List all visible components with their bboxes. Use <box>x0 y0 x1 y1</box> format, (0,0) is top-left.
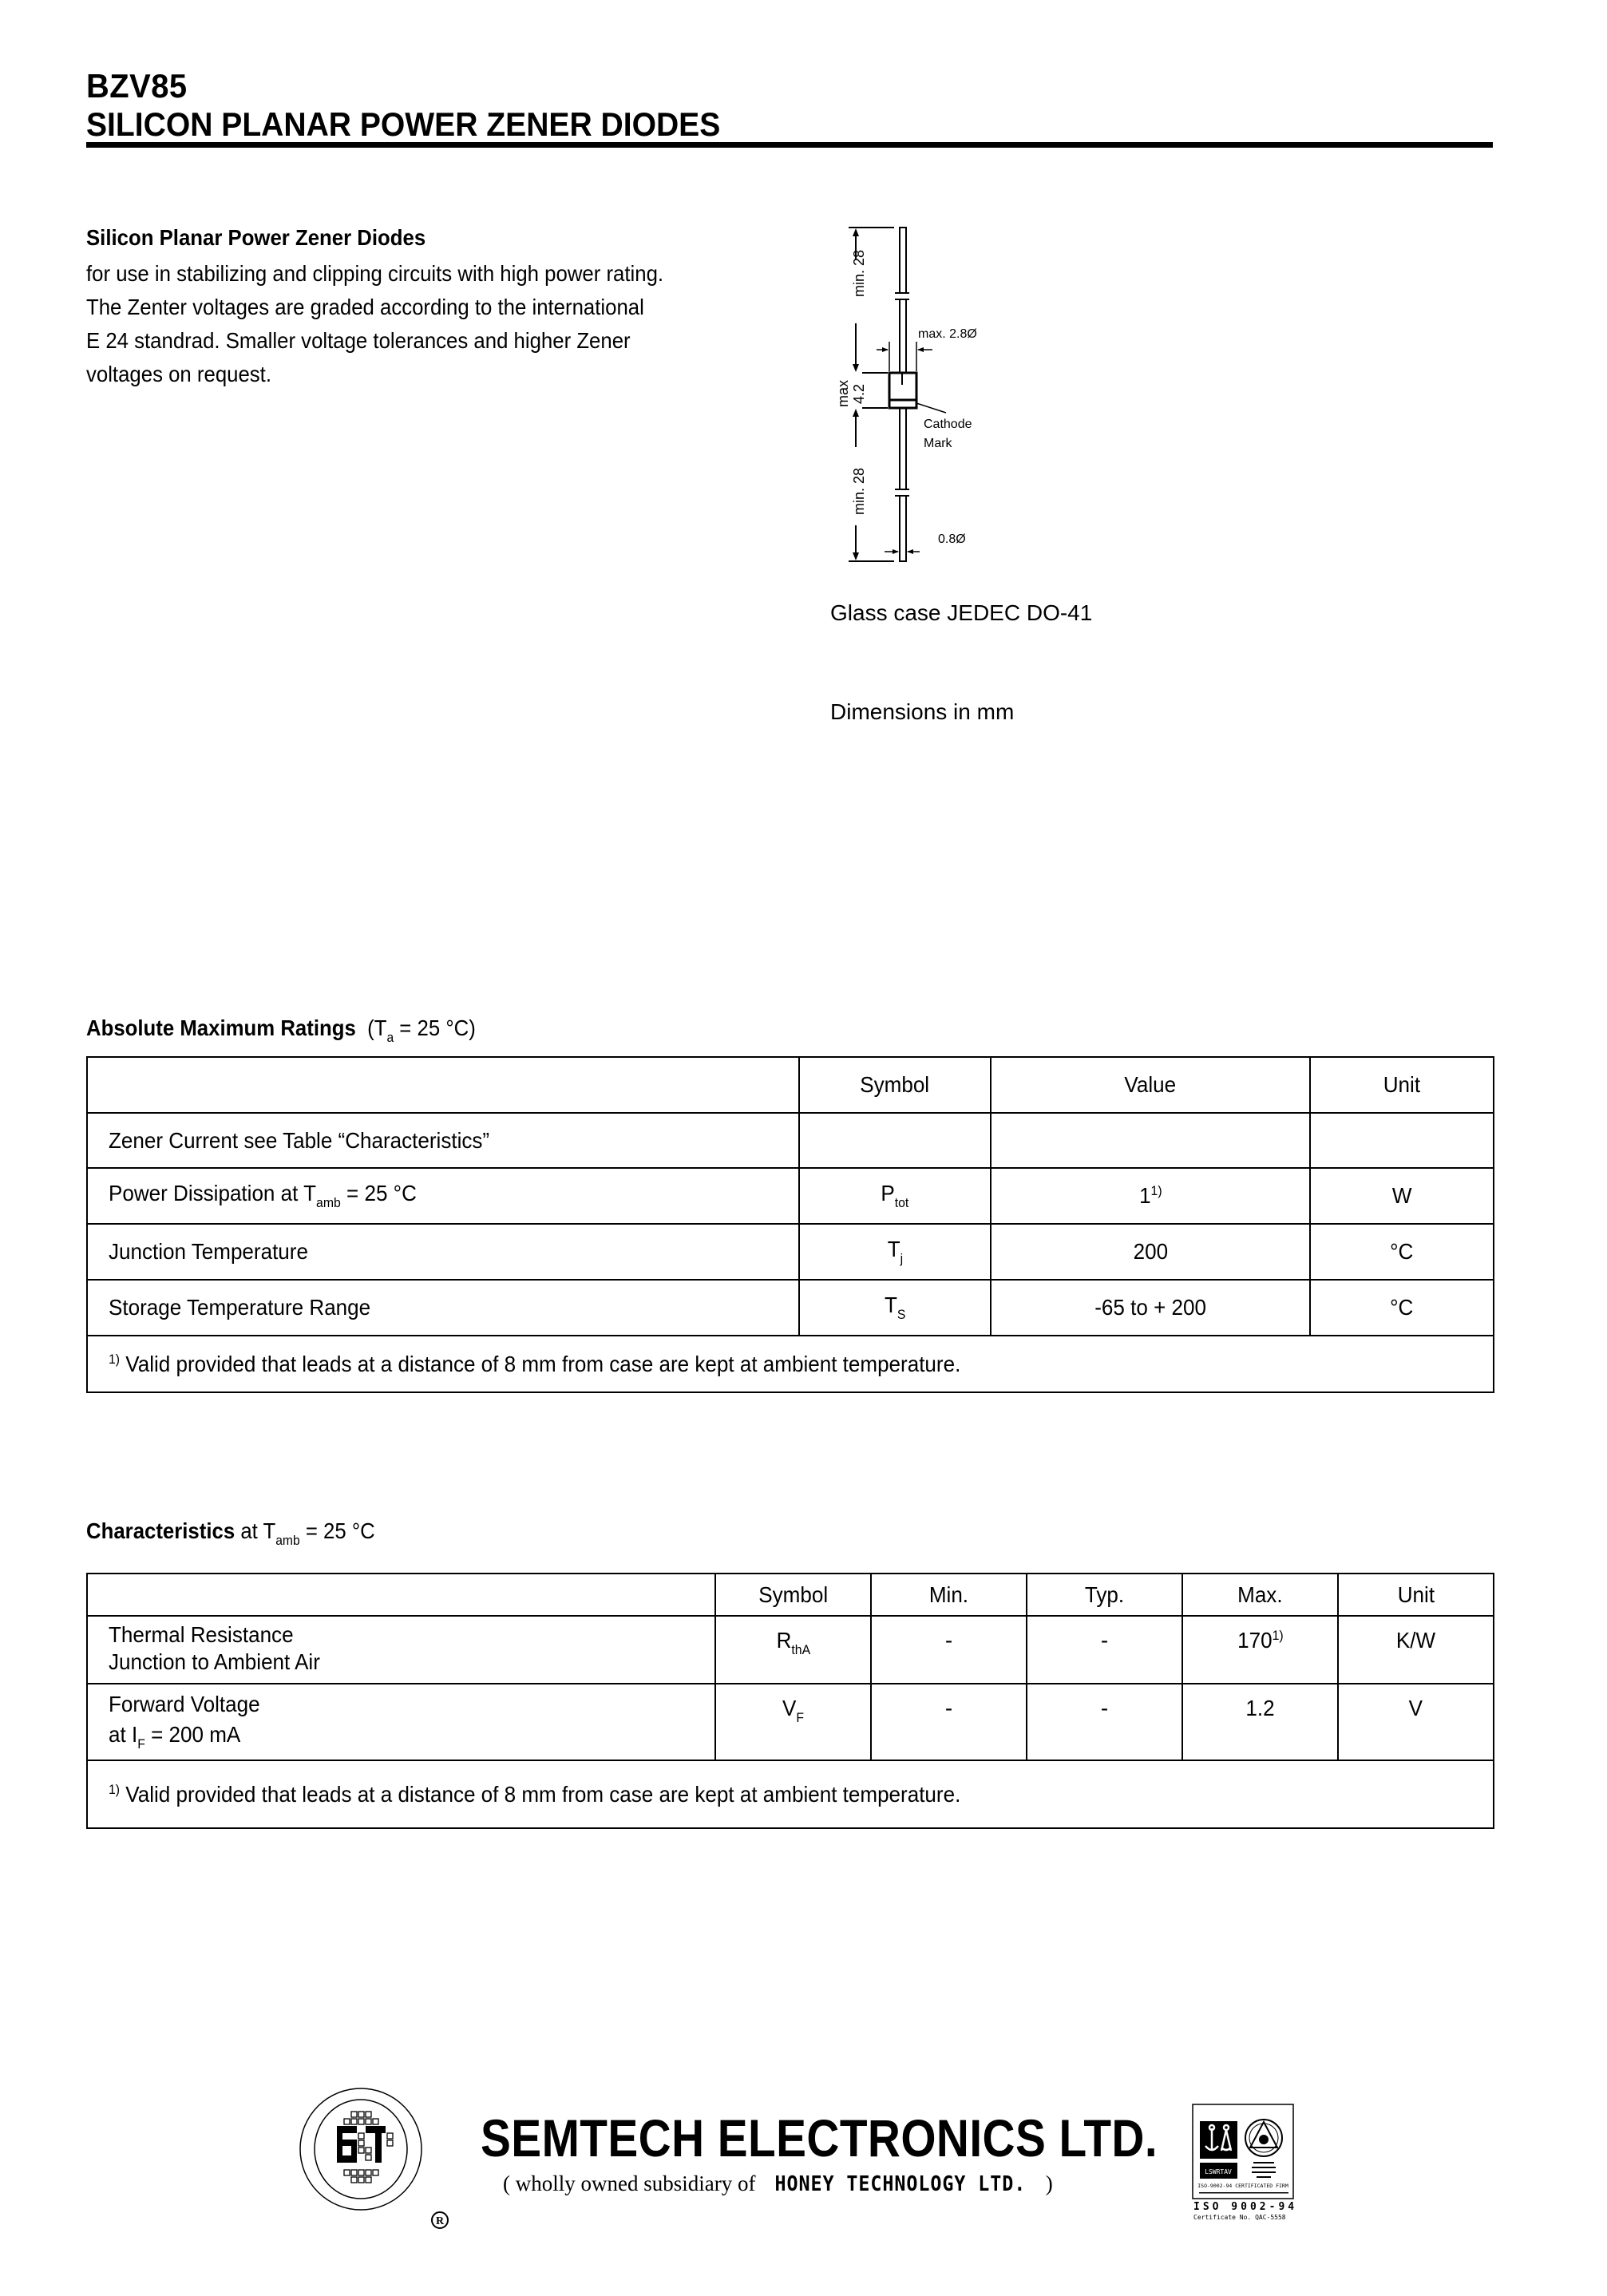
abs-max-heading: Absolute Maximum Ratings (Ta = 25 °C) <box>86 1015 476 1046</box>
title-underline <box>86 142 1493 148</box>
col-header-typ: Typ. <box>1027 1574 1182 1616</box>
part-number: BZV85 <box>86 67 188 105</box>
min-cell: - <box>871 1616 1027 1684</box>
characteristics-heading-title: Characteristics <box>86 1518 235 1543</box>
unit-cell: °C <box>1310 1280 1494 1336</box>
characteristics-table: Symbol Min. Typ. Max. Unit Thermal Resis… <box>86 1573 1494 1829</box>
characteristics-cond-sub: amb <box>275 1533 299 1548</box>
symbol-cell: VF <box>715 1684 871 1760</box>
subsidiary-line: ( wholly owned subsidiary of HONEY TECHN… <box>503 2171 1053 2196</box>
symbol-cell: TS <box>799 1280 991 1336</box>
registered-mark-icon: R <box>436 2215 445 2227</box>
symbol-cell: Tj <box>799 1224 991 1280</box>
package-outline-diagram: min. 28 4.2 max max. 2.8Ø Cathode Mark m… <box>814 208 1070 575</box>
min-cell: - <box>871 1684 1027 1760</box>
symbol-cell: Ptot <box>799 1168 991 1224</box>
value-cell: 200 <box>991 1224 1310 1280</box>
unit-cell: °C <box>1310 1224 1494 1280</box>
body-length-label: 4.2 <box>851 384 867 404</box>
lead-diameter-label: 0.8Ø <box>938 532 966 546</box>
footnote-row: 1) Valid provided that leads at a distan… <box>87 1336 1494 1392</box>
characteristics-heading: Characteristics at Tamb = 25 °C <box>86 1518 375 1549</box>
col-header-param <box>87 1574 715 1616</box>
footnote-cell: 1) Valid provided that leads at a distan… <box>87 1336 1494 1392</box>
param-cell: Zener Current see Table “Characteristics… <box>87 1113 799 1168</box>
iso-badge-mark: LSWRTAV <box>1205 2168 1232 2175</box>
table-row: Junction Temperature Tj 200 °C <box>87 1224 1494 1280</box>
cathode-label-1: Cathode <box>924 418 972 431</box>
table-row: Forward Voltage at IF = 200 mA VF - - 1.… <box>87 1684 1494 1760</box>
col-header-unit: Unit <box>1310 1057 1494 1113</box>
body-diameter-label: max. 2.8Ø <box>918 327 977 341</box>
col-header-param <box>87 1057 799 1113</box>
table-header-row: Symbol Min. Typ. Max. Unit <box>87 1574 1494 1616</box>
param-cell: Thermal Resistance Junction to Ambient A… <box>87 1616 715 1684</box>
dimensions-note: Dimensions in mm <box>830 699 1014 725</box>
max-cell: 1.2 <box>1182 1684 1338 1760</box>
col-header-symbol: Symbol <box>799 1057 991 1113</box>
case-label: Glass case JEDEC DO-41 <box>830 600 1092 626</box>
unit-cell: V <box>1338 1684 1494 1760</box>
unit-cell: W <box>1310 1168 1494 1224</box>
subsidiary-close: ) <box>1040 2171 1053 2195</box>
characteristics-cond-post: = 25 °C <box>300 1518 375 1543</box>
description-line: The Zenter voltages are graded according… <box>86 291 747 324</box>
symbol-cell <box>799 1113 991 1168</box>
unit-cell <box>1310 1113 1494 1168</box>
lead-length-top-label: min. 28 <box>851 250 867 297</box>
description-title: Silicon Planar Power Zener Diodes <box>86 225 425 251</box>
symbol-cell: RthA <box>715 1616 871 1684</box>
parent-company: HONEY TECHNOLOGY LTD. <box>775 2172 1027 2196</box>
iso-standard: ISO 9002-94 <box>1193 2201 1297 2213</box>
table-row: Thermal Resistance Junction to Ambient A… <box>87 1616 1494 1684</box>
description-line: voltages on request. <box>86 358 747 391</box>
semtech-logo: R <box>295 2084 455 2235</box>
param-cell: Power Dissipation at Tamb = 25 °C <box>87 1168 799 1224</box>
abs-max-table: Symbol Value Unit Zener Current see Tabl… <box>86 1056 1494 1393</box>
abs-max-cond: (T <box>367 1015 386 1040</box>
table-row: Zener Current see Table “Characteristics… <box>87 1113 1494 1168</box>
col-header-symbol: Symbol <box>715 1574 871 1616</box>
value-cell: -65 to + 200 <box>991 1280 1310 1336</box>
cathode-label-2: Mark <box>924 437 953 450</box>
characteristics-cond: at T <box>235 1518 275 1543</box>
iso-certificate-number: Certificate No. QAC-5558 <box>1193 2214 1286 2221</box>
footnote-cell: 1) Valid provided that leads at a distan… <box>87 1760 1494 1828</box>
typ-cell: - <box>1027 1684 1182 1760</box>
page-title: SILICON PLANAR POWER ZENER DIODES <box>86 105 720 144</box>
param-cell: Junction Temperature <box>87 1224 799 1280</box>
body-length-prefix: max <box>835 380 851 407</box>
col-header-value: Value <box>991 1057 1310 1113</box>
description-body: for use in stabilizing and clipping circ… <box>86 257 747 391</box>
company-name: SEMTECH ELECTRONICS LTD. <box>481 2108 1158 2168</box>
table-header-row: Symbol Value Unit <box>87 1057 1494 1113</box>
table-row: Power Dissipation at Tamb = 25 °C Ptot 1… <box>87 1168 1494 1224</box>
abs-max-cond-post: = 25 °C) <box>399 1015 475 1040</box>
footnote-row: 1) Valid provided that leads at a distan… <box>87 1760 1494 1828</box>
unit-cell: K/W <box>1338 1616 1494 1684</box>
abs-max-heading-title: Absolute Maximum Ratings <box>86 1015 356 1040</box>
description-line: for use in stabilizing and clipping circ… <box>86 257 747 291</box>
abs-max-cond-sub: a <box>386 1030 394 1045</box>
typ-cell: - <box>1027 1616 1182 1684</box>
value-cell: 11) <box>991 1168 1310 1224</box>
param-cell: Storage Temperature Range <box>87 1280 799 1336</box>
iso-badge-caption: ISO-9002-94 CERTIFICATED FIRM <box>1197 2183 1288 2189</box>
subsidiary-text: ( wholly owned subsidiary of <box>503 2171 761 2195</box>
param-cell: Forward Voltage at IF = 200 mA <box>87 1684 715 1760</box>
table-row: Storage Temperature Range TS -65 to + 20… <box>87 1280 1494 1336</box>
col-header-max: Max. <box>1182 1574 1338 1616</box>
max-cell: 1701) <box>1182 1616 1338 1684</box>
value-cell <box>991 1113 1310 1168</box>
col-header-unit: Unit <box>1338 1574 1494 1616</box>
col-header-min: Min. <box>871 1574 1027 1616</box>
description-line: E 24 standrad. Smaller voltage tolerance… <box>86 324 747 358</box>
lead-length-bottom-label: min. 28 <box>851 468 867 515</box>
